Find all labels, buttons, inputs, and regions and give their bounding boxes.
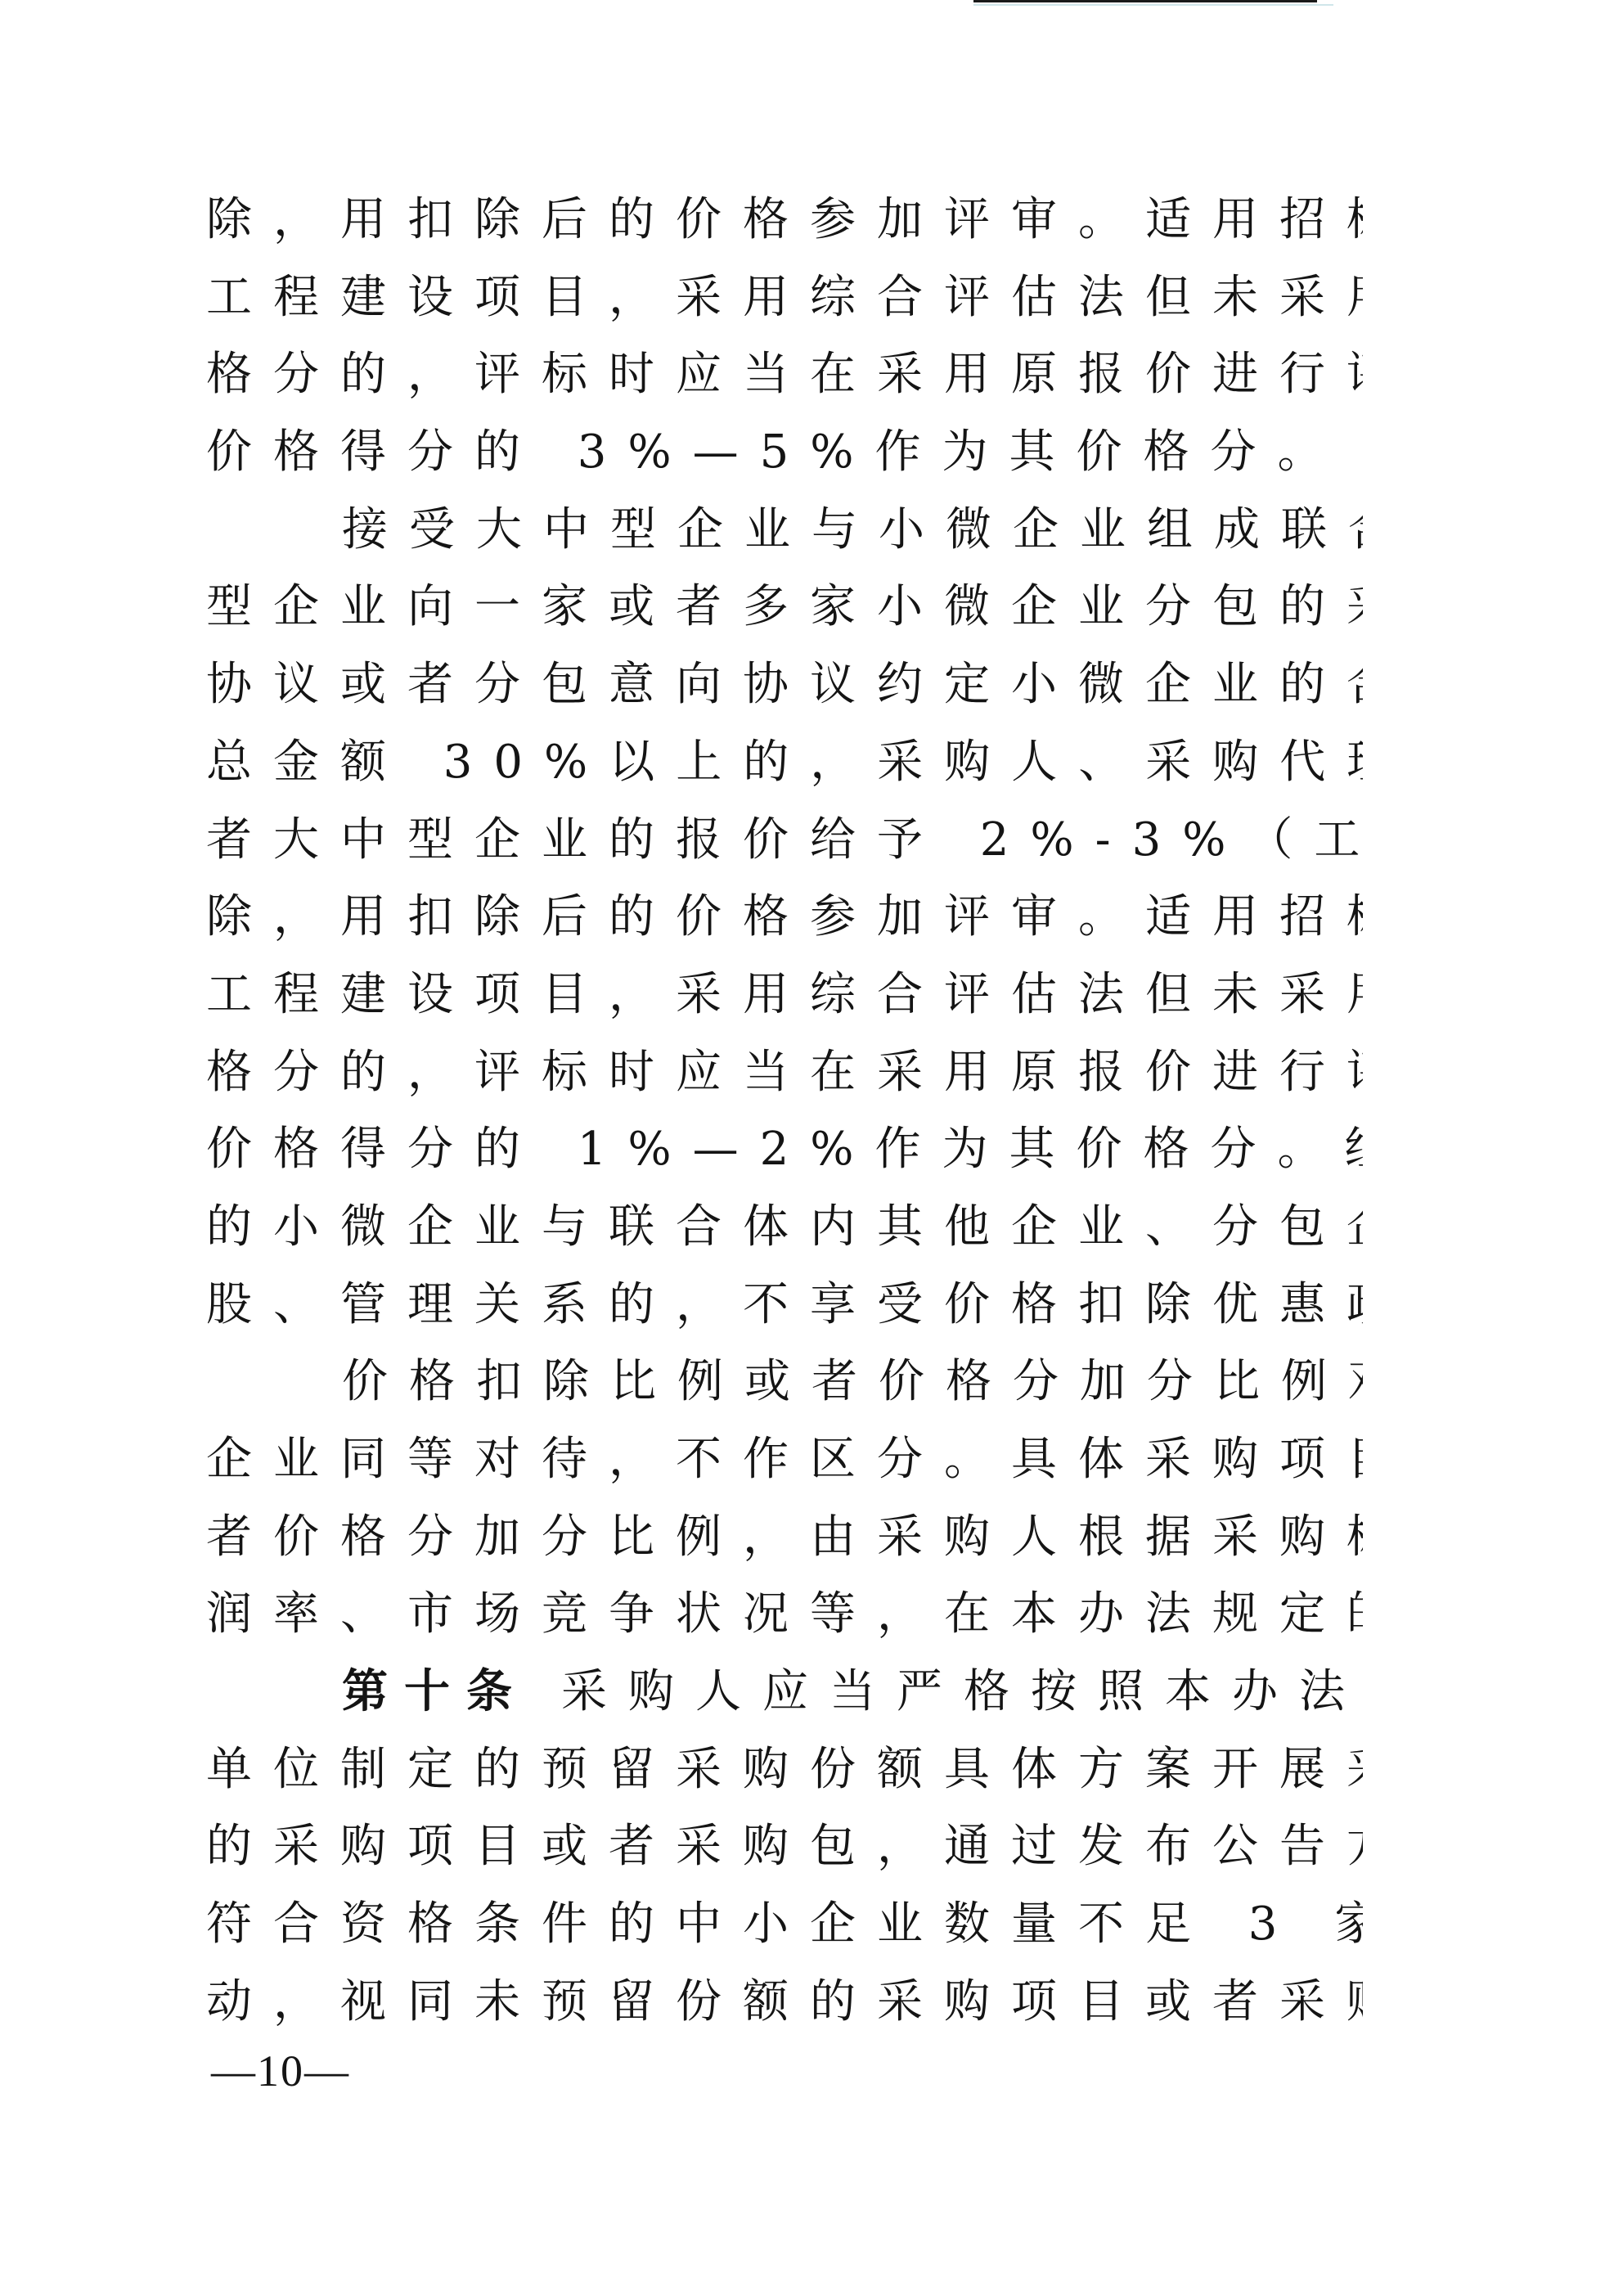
article-heading: 第十条 xyxy=(342,1665,528,1718)
text-line: 单位制定的预留采购份额具体方案开展采购活动。预留份额 xyxy=(206,1731,1363,1809)
text-line: 型企业向一家或者多家小微企业分包的采购项目，对于联合 xyxy=(206,569,1363,646)
paragraph-2: 接受大中型企业与小微企业组成联合体或者允许大中 型企业向一家或者多家小微企业分包… xyxy=(206,492,1363,1344)
text-line: 工程建设项目，采用综合评估法但未采用低价优先法计算价 xyxy=(206,259,1363,337)
text-line: 者大中型企业的报价给予 2%-3%（工程项目为 1%—2%）的扣 xyxy=(206,802,1363,880)
text-line: 接受大中型企业与小微企业组成联合体或者允许大中 xyxy=(206,492,1363,569)
text-line: 协议或者分包意向协议约定小微企业的合同份额占到合同 xyxy=(206,646,1363,724)
paragraph-1: 除，用扣除后的价格参加评审。适用招标投标法的政府采购 工程建设项目，采用综合评估… xyxy=(206,182,1363,492)
text-line: 符合资格条件的中小企业数量不足 3 家的，应当中止采购活 xyxy=(206,1886,1363,1964)
text-line: 的采购项目或者采购包，通过发布公告方式邀请供应商后， xyxy=(206,1808,1363,1886)
text-line: 动，视同未预留份额的采购项目或者采购包，按照本办法第 xyxy=(206,1964,1363,2042)
text-line: 企业同等对待，不作区分。具体采购项目的价格扣除比例或 xyxy=(206,1421,1363,1499)
text-line: 第十条采购人应当严格按照本办法规定和主管预算 xyxy=(206,1654,1363,1731)
text-line: 格分的，评标时应当在采用原报价进行评分的基础上增加其 xyxy=(206,336,1363,414)
text-line: 股、管理关系的，不享受价格扣除优惠政策。 xyxy=(206,1267,1363,1344)
document-body: 除，用扣除后的价格参加评审。适用招标投标法的政府采购 工程建设项目，采用综合评估… xyxy=(206,182,1363,2042)
text-line: 总金额 30%以上的，采购人、采购代理机构应当对联合体或 xyxy=(206,724,1363,802)
text-line: 格分的，评标时应当在采用原报价进行评分的基础上增加其 xyxy=(206,1034,1363,1112)
article-first-line: 采购人应当严格按照本办法规定和主管预算 xyxy=(561,1665,1363,1718)
page-number: —10— xyxy=(211,2046,350,2096)
text-line: 润率、市场竞争状况等，在本办法规定的幅度内确定。 xyxy=(206,1576,1363,1654)
text-line: 工程建设项目，采用综合评估法但未采用低价优先法计算价 xyxy=(206,957,1363,1034)
text-line: 除，用扣除后的价格参加评审。适用招标投标法的政府采购 xyxy=(206,879,1363,957)
text-line: 者价格分加分比例，由采购人根据采购标的相关行业平均利 xyxy=(206,1499,1363,1577)
article-10: 第十条采购人应当严格按照本办法规定和主管预算 单位制定的预留采购份额具体方案开展… xyxy=(206,1654,1363,2041)
text-line: 价格得分的 3%—5%作为其价格分。 xyxy=(206,414,1363,492)
text-line: 价格得分的 1%—2%作为其价格分。组成联合体或者接受分包 xyxy=(206,1111,1363,1189)
text-line: 的小微企业与联合体内其他企业、分包企业之间存在直接控 xyxy=(206,1189,1363,1267)
text-line: 价格扣除比例或者价格分加分比例对小型企业和微型 xyxy=(206,1344,1363,1421)
paragraph-3: 价格扣除比例或者价格分加分比例对小型企业和微型 企业同等对待，不作区分。具体采购… xyxy=(206,1344,1363,1654)
text-line: 除，用扣除后的价格参加评审。适用招标投标法的政府采购 xyxy=(206,182,1363,259)
scan-top-rule xyxy=(973,0,1317,2)
scan-top-rule-shadow xyxy=(973,4,1333,6)
